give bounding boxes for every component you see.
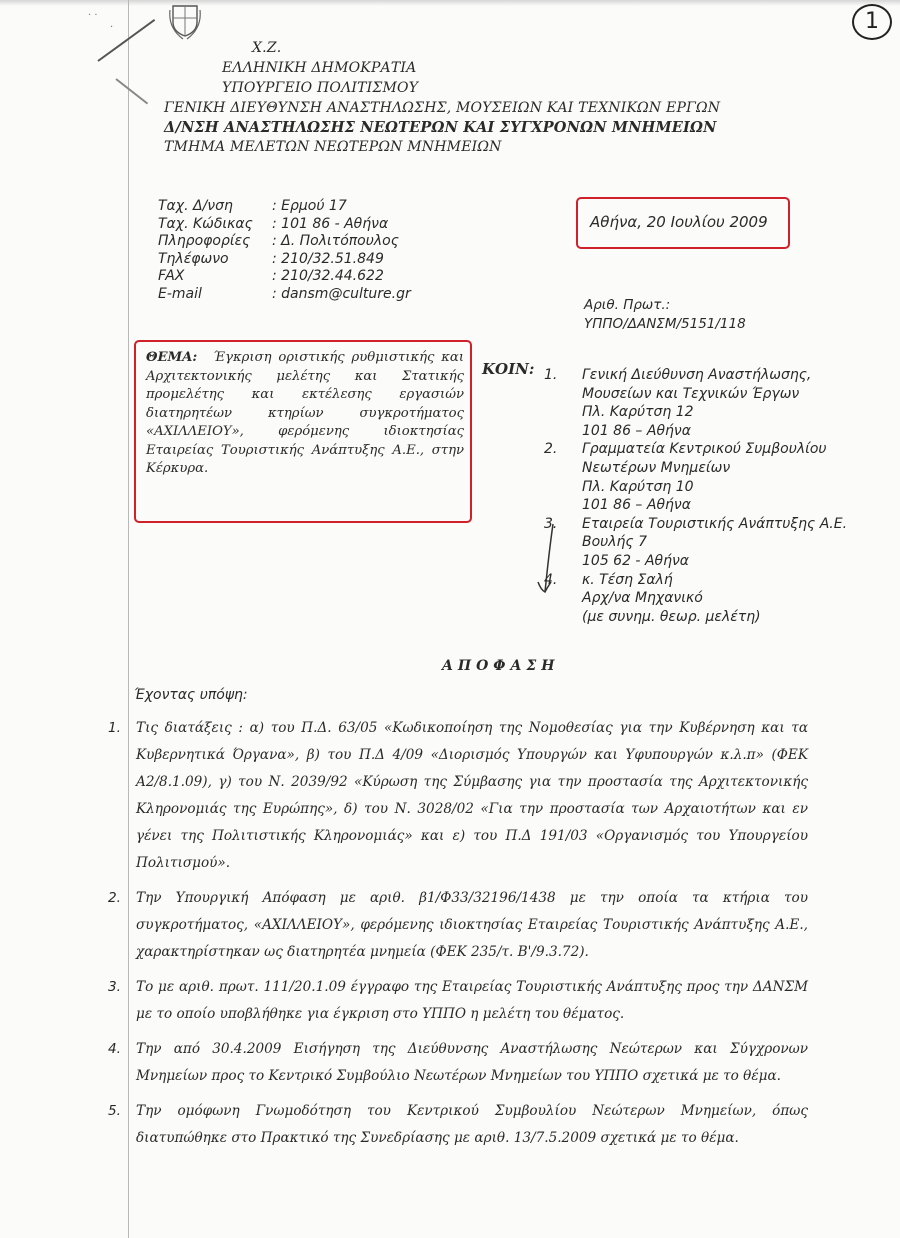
contact-row-information: Πληροφορίες: Δ. Πολιτόπουλος — [158, 233, 411, 251]
subject-text: Έγκριση οριστικής ρυθμιστικής και Αρχιτε… — [146, 350, 464, 476]
scan-speck: · — [110, 22, 113, 33]
contact-row-phone: Τηλέφωνο: 210/32.51.849 — [158, 251, 411, 269]
handwritten-check-icon — [535, 522, 565, 598]
handwritten-mark — [97, 19, 155, 62]
document-page: · · · 1 Χ.Ζ. ΕΛΛΗΝΙΚΗ ΔΗΜΟΚΡΑΤΙΑ ΥΠΟΥΡΓΕ… — [0, 0, 900, 1238]
list-item: 3. Το με αριθ. πρωτ. 111/20.1.09 έγγραφο… — [108, 974, 808, 1028]
header-line-directorate: Δ/ΝΣΗ ΑΝΑΣΤΗΛΩΣΗΣ ΝΕΩΤΕΡΩΝ ΚΑΙ ΣΥΓΧΡΟΝΩΝ… — [164, 119, 717, 136]
considerations-list: 1. Τις διατάξεις : α) του Π.Δ. 63/05 «Κω… — [108, 715, 808, 1160]
cc-recipient: 2. Γραμματεία Κεντρικού Συμβουλίου Νεωτέ… — [544, 440, 847, 514]
scan-speck: · · — [88, 10, 98, 21]
subject-label: ΘΕΜΑ: — [146, 350, 197, 365]
scan-edge-shadow — [0, 0, 900, 6]
page-number: 1 — [852, 4, 892, 40]
header-line-department: ΤΜΗΜΑ ΜΕΛΕΤΩΝ ΝΕΩΤΕΡΩΝ ΜΝΗΜΕΙΩΝ — [164, 139, 502, 155]
contact-row-postcode: Ταχ. Κώδικας: 101 86 - Αθήνα — [158, 216, 411, 234]
document-date: Αθήνα, 20 Ιουλίου 2009 — [590, 213, 768, 231]
cc-recipient: 4. κ. Τέση Σαλή Αρχ/να Μηχανικό (με συνη… — [544, 571, 847, 627]
list-item: 4. Την από 30.4.2009 Εισήγηση της Διεύθυ… — [108, 1036, 808, 1090]
header-line-ministry: ΥΠΟΥΡΓΕΙΟ ΠΟΛΙΤΙΣΜΟΥ — [222, 80, 418, 96]
header-line-republic: ΕΛΛΗΝΙΚΗ ΔΗΜΟΚΡΑΤΙΑ — [222, 60, 416, 76]
decision-intro: Έχοντας υπόψη: — [134, 687, 248, 703]
koin-label: ΚΟΙΝ: — [482, 360, 534, 378]
protocol-block: Αριθ. Πρωτ.: ΥΠΠΟ/ΔΑΝΣΜ/5151/118 — [584, 296, 746, 334]
list-item: 1. Τις διατάξεις : α) του Π.Δ. 63/05 «Κω… — [108, 715, 808, 877]
contact-row-fax: FAX: 210/32.44.622 — [158, 268, 411, 286]
decision-title: ΑΠΟΦΑΣΗ — [442, 658, 559, 674]
contact-block: Ταχ. Δ/νση: Ερμού 17 Ταχ. Κώδικας: 101 8… — [158, 198, 411, 303]
list-item: 2. Την Υπουργική Απόφαση με αριθ. β1/Φ33… — [108, 885, 808, 966]
contact-row-email: E-mail: dansm@culture.gr — [158, 286, 411, 304]
contact-row-address: Ταχ. Δ/νση: Ερμού 17 — [158, 198, 411, 216]
list-item: 5. Την ομόφωνη Γνωμοδότηση του Κεντρικού… — [108, 1098, 808, 1152]
coat-of-arms-icon — [168, 2, 202, 40]
cc-recipient: 1. Γενική Διεύθυνση Αναστήλωσης, Μουσείω… — [544, 366, 847, 440]
protocol-number: ΥΠΠΟ/ΔΑΝΣΜ/5151/118 — [584, 315, 746, 334]
protocol-label: Αριθ. Πρωτ.: — [584, 296, 746, 315]
cc-recipient: 3. Εταιρεία Τουριστικής Ανάπτυξης Α.Ε. Β… — [544, 515, 847, 571]
classification-mark: Χ.Ζ. — [252, 40, 281, 56]
handwritten-mark — [115, 78, 148, 104]
subject-block: ΘΕΜΑ:Έγκριση οριστικής ρυθμιστικής και Α… — [146, 349, 464, 479]
header-line-general-directorate: ΓΕΝΙΚΗ ΔΙΕΥΘΥΝΣΗ ΑΝΑΣΤΗΛΩΣΗΣ, ΜΟΥΣΕΙΩΝ Κ… — [164, 100, 720, 116]
cc-recipients: 1. Γενική Διεύθυνση Αναστήλωσης, Μουσείω… — [544, 366, 847, 626]
